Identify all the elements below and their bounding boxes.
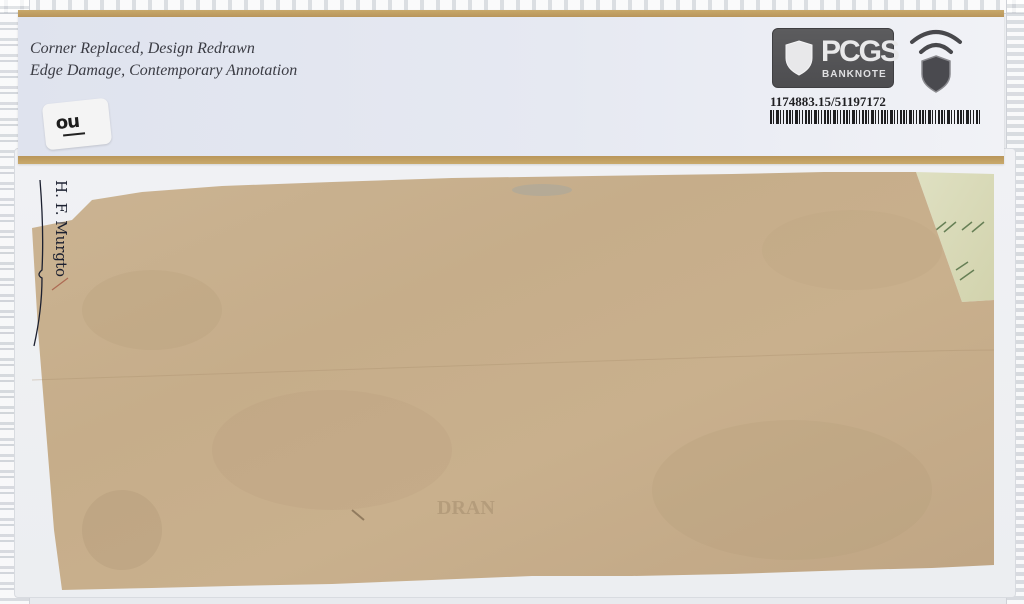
logo-brand: PCGS: [821, 35, 898, 69]
banknote: DRAN H. F. Murgto: [32, 170, 994, 590]
faint-printed-text: DRAN: [437, 497, 495, 519]
barcode: [770, 110, 980, 124]
pcgs-banknote-logo: PCGS BANKNOTE: [772, 28, 894, 88]
grading-label: Corner Replaced, Design Redrawn Edge Dam…: [18, 10, 1004, 164]
annotation-text: H. F. Murgto: [52, 180, 70, 277]
sticker-text: ou: [55, 111, 80, 134]
banknote-paper: DRAN: [32, 170, 994, 590]
nfc-shield-icon: [908, 26, 964, 96]
handwritten-annotation: H. F. Murgto: [32, 170, 82, 350]
label-gold-stripe-top: [18, 10, 1004, 17]
logo-subtitle: BANKNOTE: [822, 69, 887, 80]
comment-line-1: Corner Replaced, Design Redrawn: [30, 38, 297, 60]
label-gold-stripe-bottom: [18, 156, 1004, 164]
label-comments: Corner Replaced, Design Redrawn Edge Dam…: [30, 38, 297, 82]
inventory-sticker: ou: [42, 98, 112, 151]
comment-line-2: Edge Damage, Contemporary Annotation: [30, 60, 297, 82]
holder-background: Corner Replaced, Design Redrawn Edge Dam…: [0, 0, 1024, 604]
shield-icon: [785, 40, 813, 76]
cert-number: 1174883.15/51197172: [770, 94, 886, 110]
